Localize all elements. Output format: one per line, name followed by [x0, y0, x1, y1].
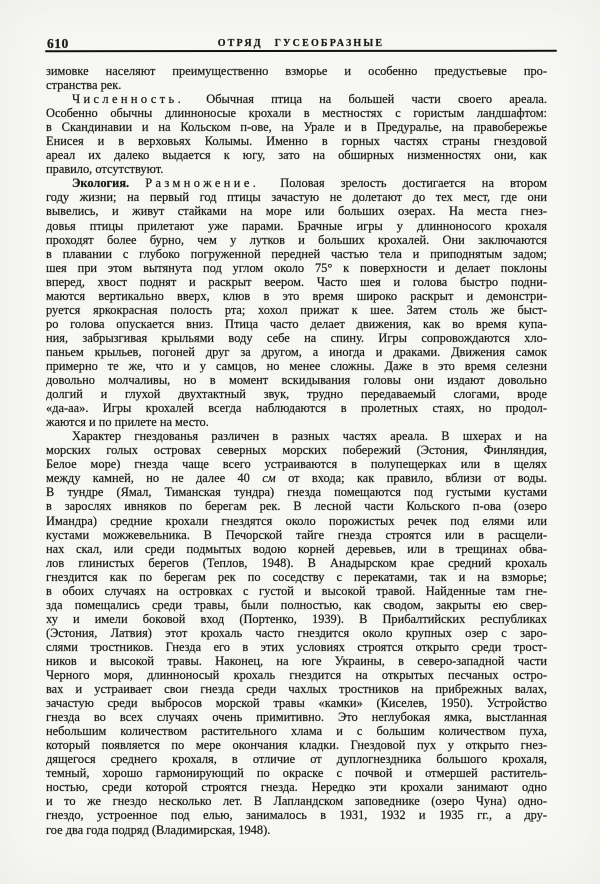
text-segment: году жизни; на первый год птицы зачастую…	[46, 190, 547, 204]
text-segment: вах и устраивает свои гнезда среди чахлы…	[46, 682, 547, 696]
text-line: морских голых островах северных морских …	[46, 443, 547, 457]
text-segment: руется яркокрасная полость рта; хохол пр…	[46, 303, 547, 317]
text-line: между камней, но не далее 40 см от входа…	[46, 471, 547, 485]
text-segment: дящегося среднего крохаля, в отличие от …	[46, 752, 547, 766]
text-segment: жаются и по прилете на место.	[46, 415, 209, 429]
text-line: небольшим количеством растительного хлам…	[46, 724, 547, 738]
text-line: лов глинистых берегов (Теплов, 1948). В …	[46, 556, 547, 570]
text-line: примерно те же, что и у самцов, но менее…	[46, 359, 547, 373]
text-line: Енисея и в верховьях Колымы. Именно в го…	[46, 134, 547, 148]
text-line: в обоих случаях на островках с густой и …	[46, 584, 547, 598]
book-page: 610 ОТРЯД ГУСЕОБРАЗНЫЕ зимовке населяют …	[0, 0, 600, 884]
text-segment: от входа; как правило, вблизи от воды.	[276, 471, 547, 485]
text-segment: в зарослях ивняков по берегам рек. В лес…	[46, 499, 547, 513]
text-line: шея при этом вытянута под углом около 75…	[46, 261, 547, 275]
text-line: Имандра) средние крохали гнездятся около…	[46, 514, 547, 528]
text-line: кустами можжевельника. В Печорской тайге…	[46, 528, 547, 542]
text-segment: Черного моря, длинноносый крохаль гнезди…	[46, 668, 547, 682]
text-segment: кустами можжевельника. В Печорской тайге…	[46, 528, 547, 542]
text-segment-spaced: Размножение.	[145, 176, 259, 190]
text-segment-bold: Экология.	[72, 176, 129, 190]
text-segment: гнезда во всех случаях очень примитивно.…	[46, 710, 547, 724]
text-line: гое два года подряд (Владимирская, 1948)…	[46, 823, 547, 837]
text-segment: и то же гнездо несколько лет. В Лапландс…	[46, 794, 547, 808]
text-segment-italic: см	[262, 471, 275, 485]
text-line: Экология. Размножение. Половая зрелость …	[46, 176, 547, 190]
text-line: году жизни; на первый год птицы зачастую…	[46, 190, 547, 204]
text-segment: проходят более бурно, чем у лутков и бол…	[46, 233, 547, 247]
text-segment: ников и высокой травы. Наконец, на юге У…	[46, 654, 547, 668]
text-segment	[129, 176, 145, 190]
text-line: вперед, хвост поднят и раскрыт веером. Ч…	[46, 275, 547, 289]
text-segment: долгий и глухой двухтактный звук, трудно…	[46, 387, 547, 401]
text-segment: довья птицы прилетают уже парами. Брачны…	[46, 219, 547, 233]
text-segment: лов глинистых берегов (Теплов, 1948). В …	[46, 556, 547, 570]
running-title: ОТРЯД ГУСЕОБРАЗНЫЕ	[45, 38, 557, 49]
text-line: нах скал, или среди подмытых водою корне…	[46, 542, 547, 556]
text-segment: ностью, среди которой строятся гнезда. Н…	[46, 780, 547, 794]
text-segment: Имандра) средние крохали гнездятся около…	[46, 514, 547, 528]
text-segment: шея при этом вытянута под углом около 75…	[46, 261, 547, 275]
text-line: зда помещались среди травы, были полност…	[46, 598, 547, 612]
text-line: ро голова опускается вниз. Птица часто д…	[46, 317, 547, 331]
text-segment: Характер гнездованья различен в разных ч…	[72, 429, 547, 443]
text-line: ния, забрызгивая крыльями воду себе на с…	[46, 331, 547, 345]
text-line: довольно молчаливы, но в момент вскидыва…	[46, 373, 547, 387]
text-line: ников и высокой травы. Наконец, на юге У…	[46, 654, 547, 668]
text-segment: между камней, но не далее 40	[46, 471, 262, 485]
text-segment: Особенно обычны длинноносые крохали в ме…	[46, 106, 547, 120]
text-segment: в Скандинавии и на Кольском п-ове, на Ур…	[46, 120, 547, 134]
text-segment-spaced: Численность.	[72, 92, 184, 106]
text-segment: зда помещались среди травы, были полност…	[46, 598, 547, 612]
text-line: и то же гнездо несколько лет. В Лапландс…	[46, 794, 547, 808]
text-segment: «да-аа». Игры крохалей всегда наблюдаютс…	[46, 401, 547, 415]
text-segment: Обычная птица на большей части своего ар…	[189, 92, 547, 106]
text-line: в Скандинавии и на Кольском п-ове, на Ур…	[46, 120, 547, 134]
text-line: довья птицы прилетают уже парами. Брачны…	[46, 219, 547, 233]
text-line: темный, хорошо гармонирующий по окраске …	[46, 766, 547, 780]
text-segment: ху и имели боковой вход (Портенко, 1939)…	[46, 612, 547, 626]
text-line: Черного моря, длинноносый крохаль гнезди…	[46, 668, 547, 682]
text-segment: ро голова опускается вниз. Птица часто д…	[46, 317, 547, 331]
text-segment: морских голых островах северных морских …	[46, 443, 547, 457]
text-line: зачастую среди выбросов морской травы «к…	[46, 696, 547, 710]
text-segment: ния, забрызгивая крыльями воду себе на с…	[46, 331, 547, 345]
text-segment: странства рек.	[46, 78, 121, 92]
text-segment: (Эстония, Латвия) этот крохаль часто гне…	[46, 626, 547, 640]
text-line: ареал их далеко выдается к югу, зато на …	[46, 148, 547, 162]
text-line: зимовке населяют преимущественно взморье…	[46, 64, 547, 78]
text-line: В тундре (Ямал, Тиманская тундра) гнезда…	[46, 485, 547, 499]
text-line: ху и имели боковой вход (Портенко, 1939)…	[46, 612, 547, 626]
text-line: Характер гнездованья различен в разных ч…	[46, 429, 547, 443]
text-segment: гое два года подряд (Владимирская, 1948)…	[46, 823, 270, 837]
text-line: «да-аа». Игры крохалей всегда наблюдаютс…	[46, 401, 547, 415]
text-line: вывелись, и живут стайками на море или б…	[46, 204, 547, 218]
text-line: слями тростников. Гнезда его в этих усло…	[46, 640, 547, 654]
text-segment: гнездо, устроенное под елью, занималось …	[46, 808, 547, 822]
text-segment: вывелись, и живут стайками на море или б…	[46, 204, 547, 218]
text-segment: зимовке населяют преимущественно взморье…	[46, 64, 547, 78]
text-line: который появляется по мере окончания кла…	[46, 738, 547, 752]
text-segment: темный, хорошо гармонирующий по окраске …	[46, 766, 547, 780]
text-segment: примерно те же, что и у самцов, но менее…	[46, 359, 547, 373]
text-line: гнездится как по берегам рек по соседств…	[46, 570, 547, 584]
text-line: проходят более бурно, чем у лутков и бол…	[46, 233, 547, 247]
text-segment: нах скал, или среди подмытых водою корне…	[46, 542, 547, 556]
text-segment: ареал их далеко выдается к югу, зато на …	[46, 148, 547, 162]
text-segment: в обоих случаях на островках с густой и …	[46, 584, 547, 598]
text-segment: Половая зрелость достигается на втором	[264, 176, 547, 190]
page-body: зимовке населяют преимущественно взморье…	[46, 64, 547, 837]
text-line: в плавании с глубоко погруженной передне…	[46, 247, 547, 261]
text-segment: Белое море) гнезда чаще всего устраивают…	[46, 457, 547, 471]
text-line: в зарослях ивняков по берегам рек. В лес…	[46, 499, 547, 513]
text-line: странства рек.	[46, 78, 547, 92]
text-line: гнезда во всех случаях очень примитивно.…	[46, 710, 547, 724]
text-line: (Эстония, Латвия) этот крохаль часто гне…	[46, 626, 547, 640]
text-segment: гнездится как по берегам рек по соседств…	[46, 570, 547, 584]
text-segment: паньем крыльев, погоней друг за другом, …	[46, 345, 547, 359]
text-line: маются вертикально вверх, клюв в это вре…	[46, 289, 547, 303]
text-line: вах и устраивает свои гнезда среди чахлы…	[46, 682, 547, 696]
text-segment: Енисея и в верховьях Колымы. Именно в го…	[46, 134, 547, 148]
text-segment: зачастую среди выбросов морской травы «к…	[46, 696, 547, 710]
text-segment: небольшим количеством растительного хлам…	[46, 724, 547, 738]
text-segment: довольно молчаливы, но в момент вскидыва…	[46, 373, 547, 387]
text-line: дящегося среднего крохаля, в отличие от …	[46, 752, 547, 766]
text-line: гнездо, устроенное под елью, занималось …	[46, 808, 547, 822]
text-line: правило, отсутствуют.	[46, 162, 547, 176]
text-line: Белое море) гнезда чаще всего устраивают…	[46, 457, 547, 471]
text-line: жаются и по прилете на место.	[46, 415, 547, 429]
text-line: Численность. Обычная птица на большей ча…	[46, 92, 547, 106]
text-segment: маются вертикально вверх, клюв в это вре…	[46, 289, 547, 303]
text-segment: правило, отсутствуют.	[46, 162, 163, 176]
text-line: паньем крыльев, погоней друг за другом, …	[46, 345, 547, 359]
text-segment: слями тростников. Гнезда его в этих усло…	[46, 640, 547, 654]
text-line: Особенно обычны длинноносые крохали в ме…	[46, 106, 547, 120]
text-segment: в плавании с глубоко погруженной передне…	[46, 247, 547, 261]
text-line: ностью, среди которой строятся гнезда. Н…	[46, 780, 547, 794]
text-segment: В тундре (Ямал, Тиманская тундра) гнезда…	[46, 485, 547, 499]
text-line: долгий и глухой двухтактный звук, трудно…	[46, 387, 547, 401]
header-rule	[45, 49, 557, 52]
text-line: руется яркокрасная полость рта; хохол пр…	[46, 303, 547, 317]
text-segment: который появляется по мере окончания кла…	[46, 738, 547, 752]
text-segment: вперед, хвост поднят и раскрыт веером. Ч…	[46, 275, 547, 289]
